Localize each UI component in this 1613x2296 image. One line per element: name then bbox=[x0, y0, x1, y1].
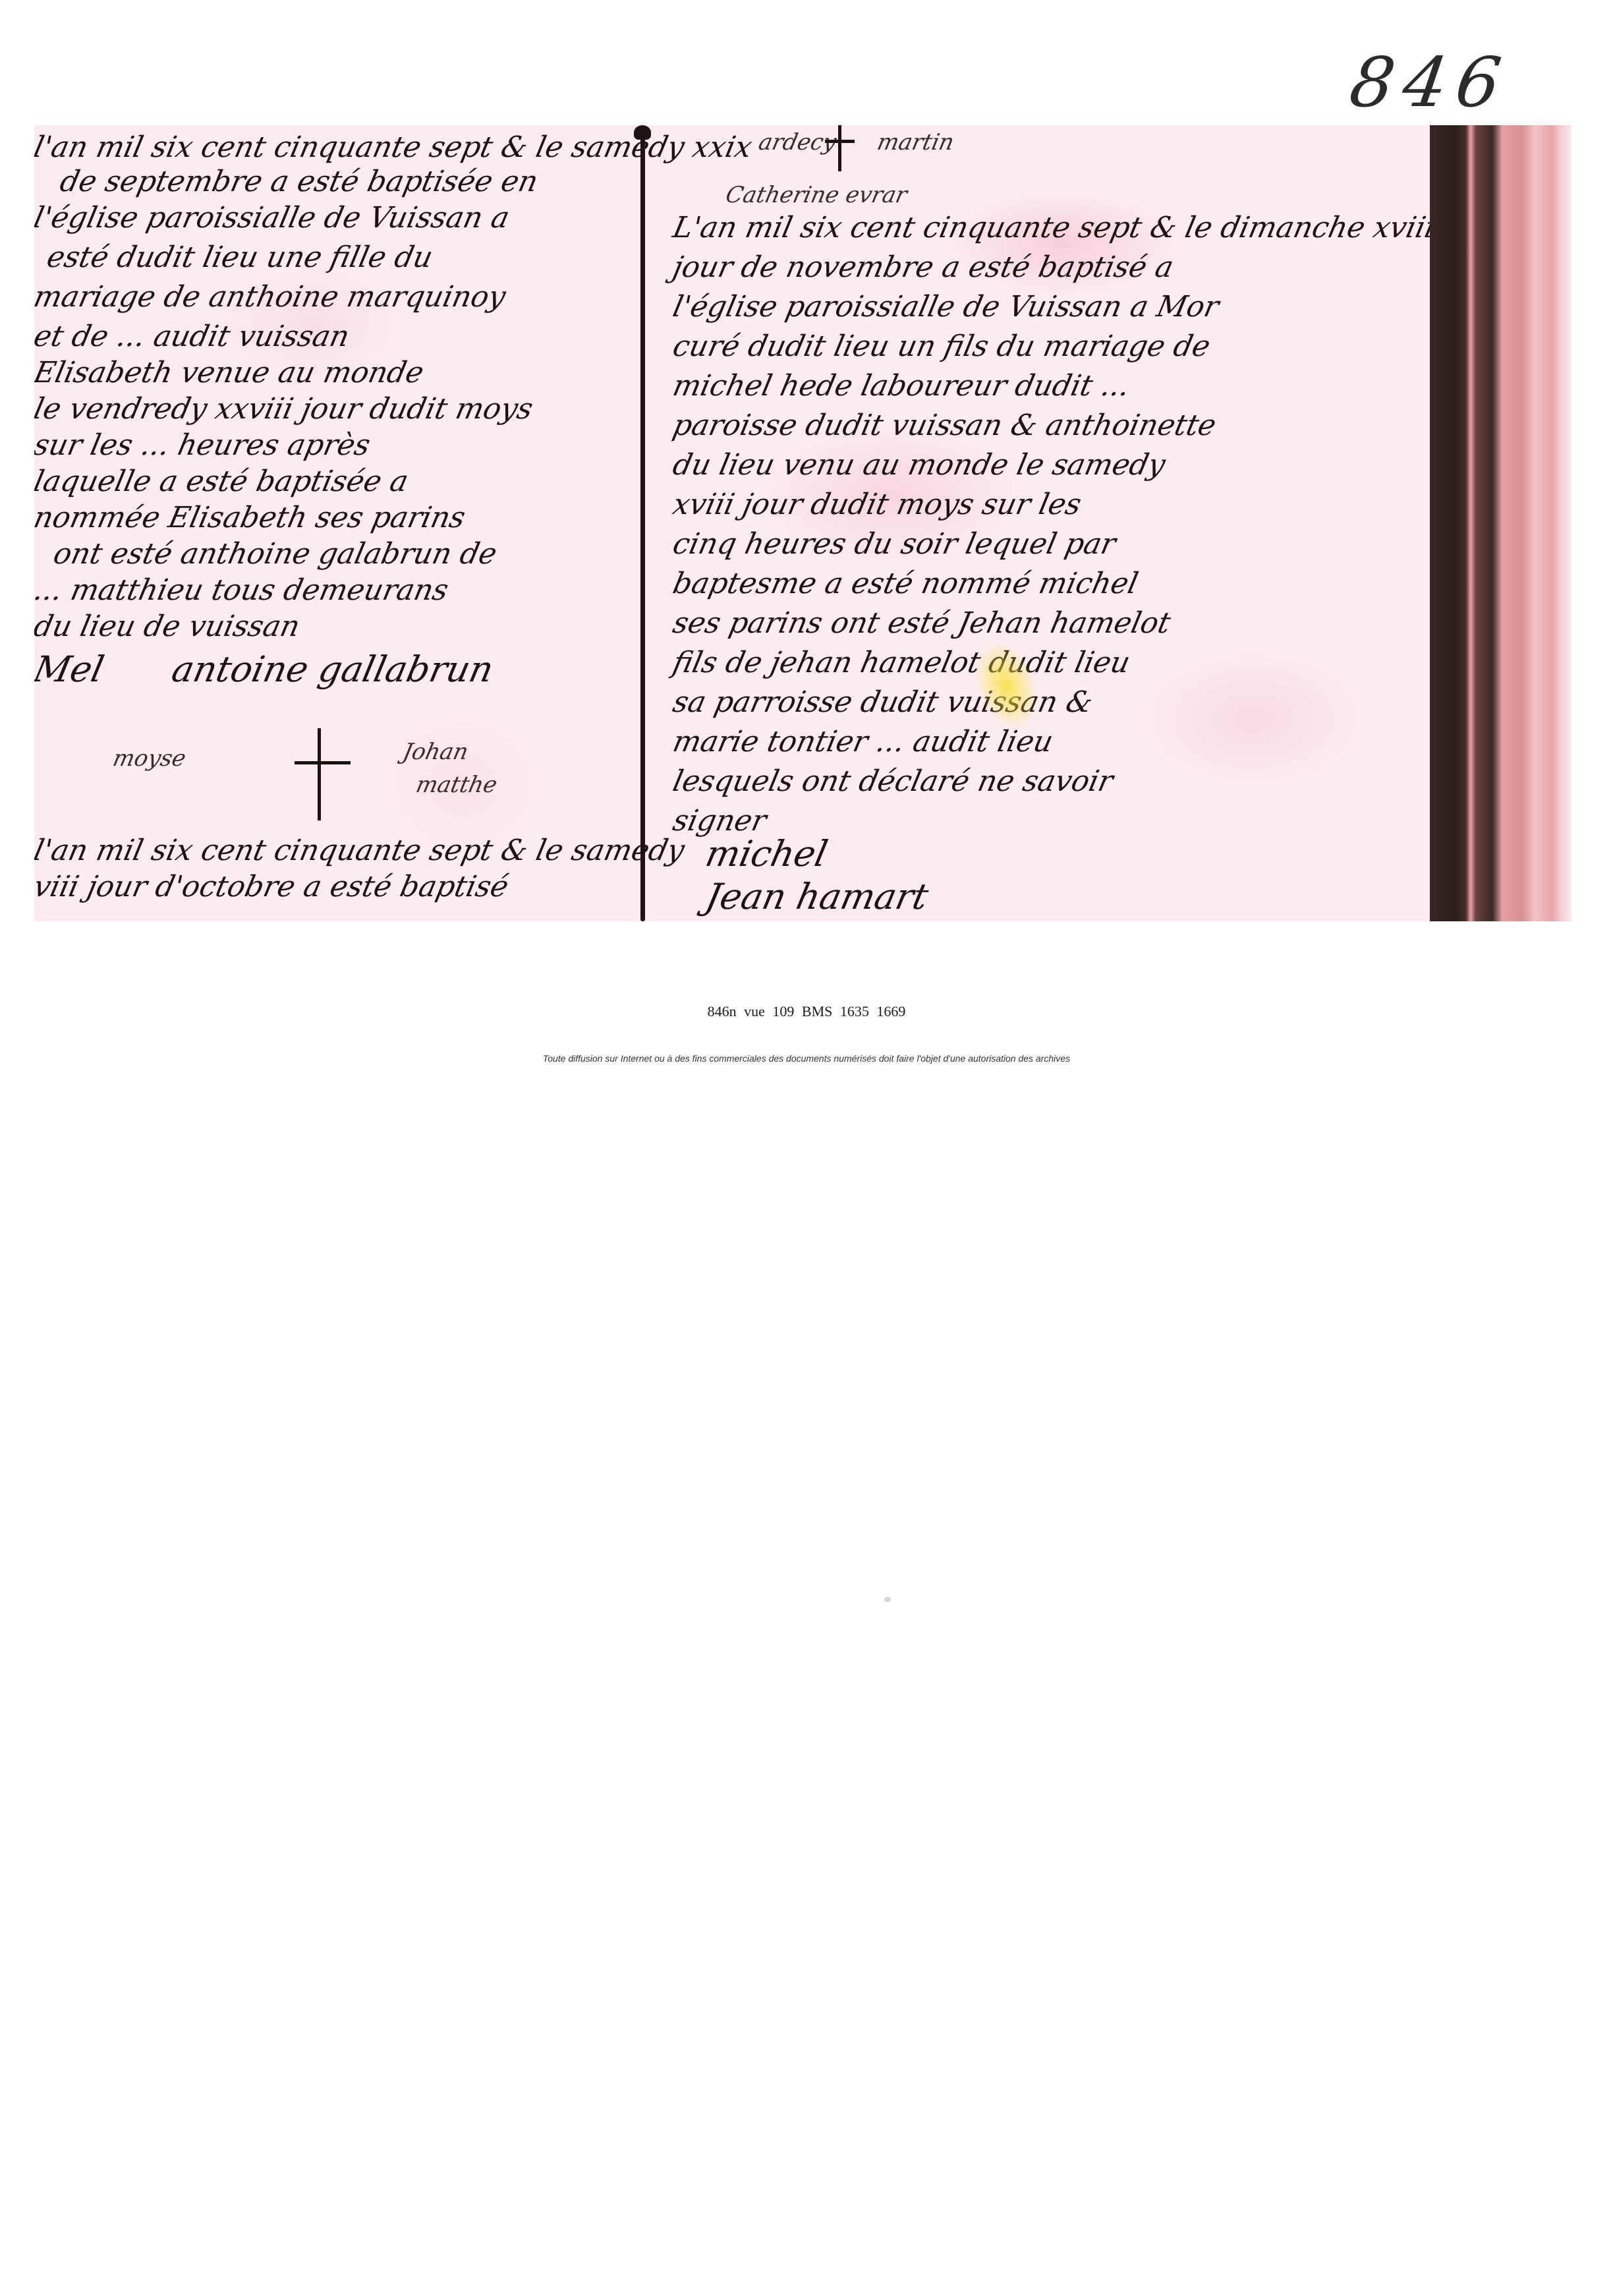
right-line-12: fils de jehan hamelot dudit lieu bbox=[669, 646, 1133, 680]
left-line-11: nommée Elisabeth ses parins bbox=[34, 501, 468, 535]
right-line-2: jour de novembre a esté baptisé a bbox=[669, 250, 1176, 285]
right-line-1: L'an mil six cent cinquante sept & le di… bbox=[669, 211, 1438, 245]
header-cross-bar bbox=[825, 140, 855, 143]
left-line-5: mariage de anthoine marquinoy bbox=[34, 280, 509, 314]
binding-gutter bbox=[1430, 125, 1571, 921]
left-line-10: laquelle a esté baptisée a bbox=[34, 465, 411, 499]
signature-initial: Mel bbox=[34, 652, 107, 687]
page-divider bbox=[640, 130, 645, 921]
right-page: ardecy martin Catherine evrar L'an mil s… bbox=[660, 125, 1461, 921]
left-line-3: l'église paroissialle de Vuissan a bbox=[34, 201, 513, 235]
right-line-6: paroisse dudit vuissan & anthoinette bbox=[669, 409, 1219, 443]
right-line-3: l'église paroissialle de Vuissan a Mor bbox=[669, 290, 1222, 324]
next-entry-line-2: viii jour d'octobre a esté baptisé bbox=[34, 870, 511, 904]
right-line-5: michel hede laboureur dudit ... bbox=[669, 369, 1133, 403]
handwritten-folio-number: 846 n bbox=[1345, 40, 1541, 125]
image-caption: 846n vue 109 BMS 1635 1669 bbox=[0, 1003, 1613, 1020]
header-name-catherine: Catherine evrar bbox=[722, 178, 910, 212]
cross-mark-icon bbox=[318, 728, 321, 820]
header-cross-icon bbox=[838, 125, 841, 171]
left-line-14: du lieu de vuissan bbox=[34, 610, 303, 644]
signature-jean-hamart: Jean hamart bbox=[702, 880, 931, 914]
signature-antoine-gallabrun: antoine gallabrun bbox=[169, 652, 496, 687]
witness-moyse: moyse bbox=[109, 741, 189, 776]
right-line-8: xviii jour dudit moys sur les bbox=[669, 488, 1084, 522]
cross-mark-bar bbox=[295, 761, 351, 764]
manuscript-scan: l'an mil six cent cinquante sept & le sa… bbox=[34, 125, 1571, 921]
witness-johan: Johan bbox=[399, 735, 471, 769]
copyright-notice: Toute diffusion sur Internet ou à des fi… bbox=[0, 1053, 1613, 1064]
signature-michel: michel bbox=[702, 837, 830, 871]
right-line-4: curé dudit lieu un fils du mariage de bbox=[669, 330, 1213, 364]
left-line-9: sur les ... heures après bbox=[34, 428, 373, 463]
right-line-10: baptesme a esté nommé michel bbox=[669, 567, 1141, 601]
left-line-13: ... matthieu tous demeurans bbox=[34, 573, 451, 608]
left-line-2: de septembre a esté baptisée en bbox=[57, 165, 541, 199]
right-line-7: du lieu venu au monde le samedy bbox=[669, 448, 1168, 482]
left-line-12: ont esté anthoine galabrun de bbox=[50, 537, 499, 571]
left-page: l'an mil six cent cinquante sept & le sa… bbox=[34, 125, 640, 921]
scan-speck bbox=[884, 1597, 891, 1602]
next-entry-line-1: l'an mil six cent cinquante sept & le sa… bbox=[34, 834, 687, 868]
left-line-6: et de ... audit vuissan bbox=[34, 320, 353, 354]
witness-matthe: matthe bbox=[412, 768, 500, 802]
right-line-11: ses parins ont esté Jehan hamelot bbox=[669, 606, 1174, 641]
right-line-15: lesquels ont déclaré ne savoir bbox=[669, 764, 1116, 799]
left-line-7: Elisabeth venue au monde bbox=[34, 356, 427, 390]
left-line-8: le vendredy xxviii jour dudit moys bbox=[34, 392, 536, 426]
header-signature-right: martin bbox=[874, 125, 957, 159]
left-line-4: esté dudit lieu une fille du bbox=[43, 241, 436, 275]
right-line-9: cinq heures du soir lequel par bbox=[669, 527, 1118, 561]
